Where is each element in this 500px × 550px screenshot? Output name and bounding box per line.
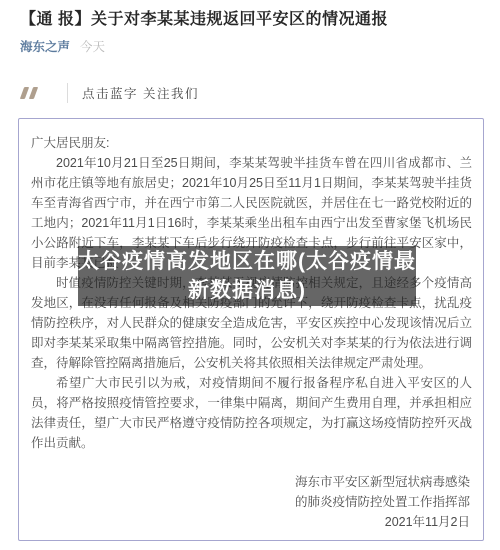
article-title: 【通 报】关于对李某某违规返回平安区的情况通报: [20, 9, 480, 31]
follow-us-text: 点击蓝字 关注我们: [82, 84, 199, 102]
follow-us-banner: 点击蓝字 关注我们: [20, 83, 480, 103]
publish-time: 今天: [80, 40, 105, 54]
account-name-link[interactable]: 海东之声: [20, 40, 70, 54]
notice-card: 广大居民朋友: 2021年10月21日至25日期间，李某某驾驶半挂货车曾在四川省…: [18, 118, 484, 541]
watermark-line2: 新数据消息): [78, 276, 416, 305]
watermark-line1: 太谷疫情高发地区在哪(太谷疫情最: [78, 247, 416, 276]
notice-paragraph: 希望广大市民引以为戒，对疫情期间不履行报备程序私自进入平安区的人员，将严格按照疫…: [31, 373, 472, 453]
watermark-overlay: 太谷疫情高发地区在哪(太谷疫情最 新数据消息): [78, 246, 416, 306]
salutation: 广大居民朋友:: [31, 133, 472, 153]
signature-org-line2: 的肺炎疫情防控处置工作指挥部: [31, 492, 470, 512]
signature-block: 海东市平安区新型冠状病毒感染 的肺炎疫情防控处置工作指挥部 2021年11月2日: [31, 472, 472, 532]
double-quote-icon: [20, 87, 38, 99]
signature-org-line1: 海东市平安区新型冠状病毒感染: [31, 472, 470, 492]
article-meta: 海东之声今天: [20, 39, 480, 55]
article-header: 【通 报】关于对李某某违规返回平安区的情况通报 海东之声今天: [0, 0, 500, 55]
vertical-divider: [67, 83, 68, 103]
signature-date: 2021年11月2日: [31, 512, 470, 532]
